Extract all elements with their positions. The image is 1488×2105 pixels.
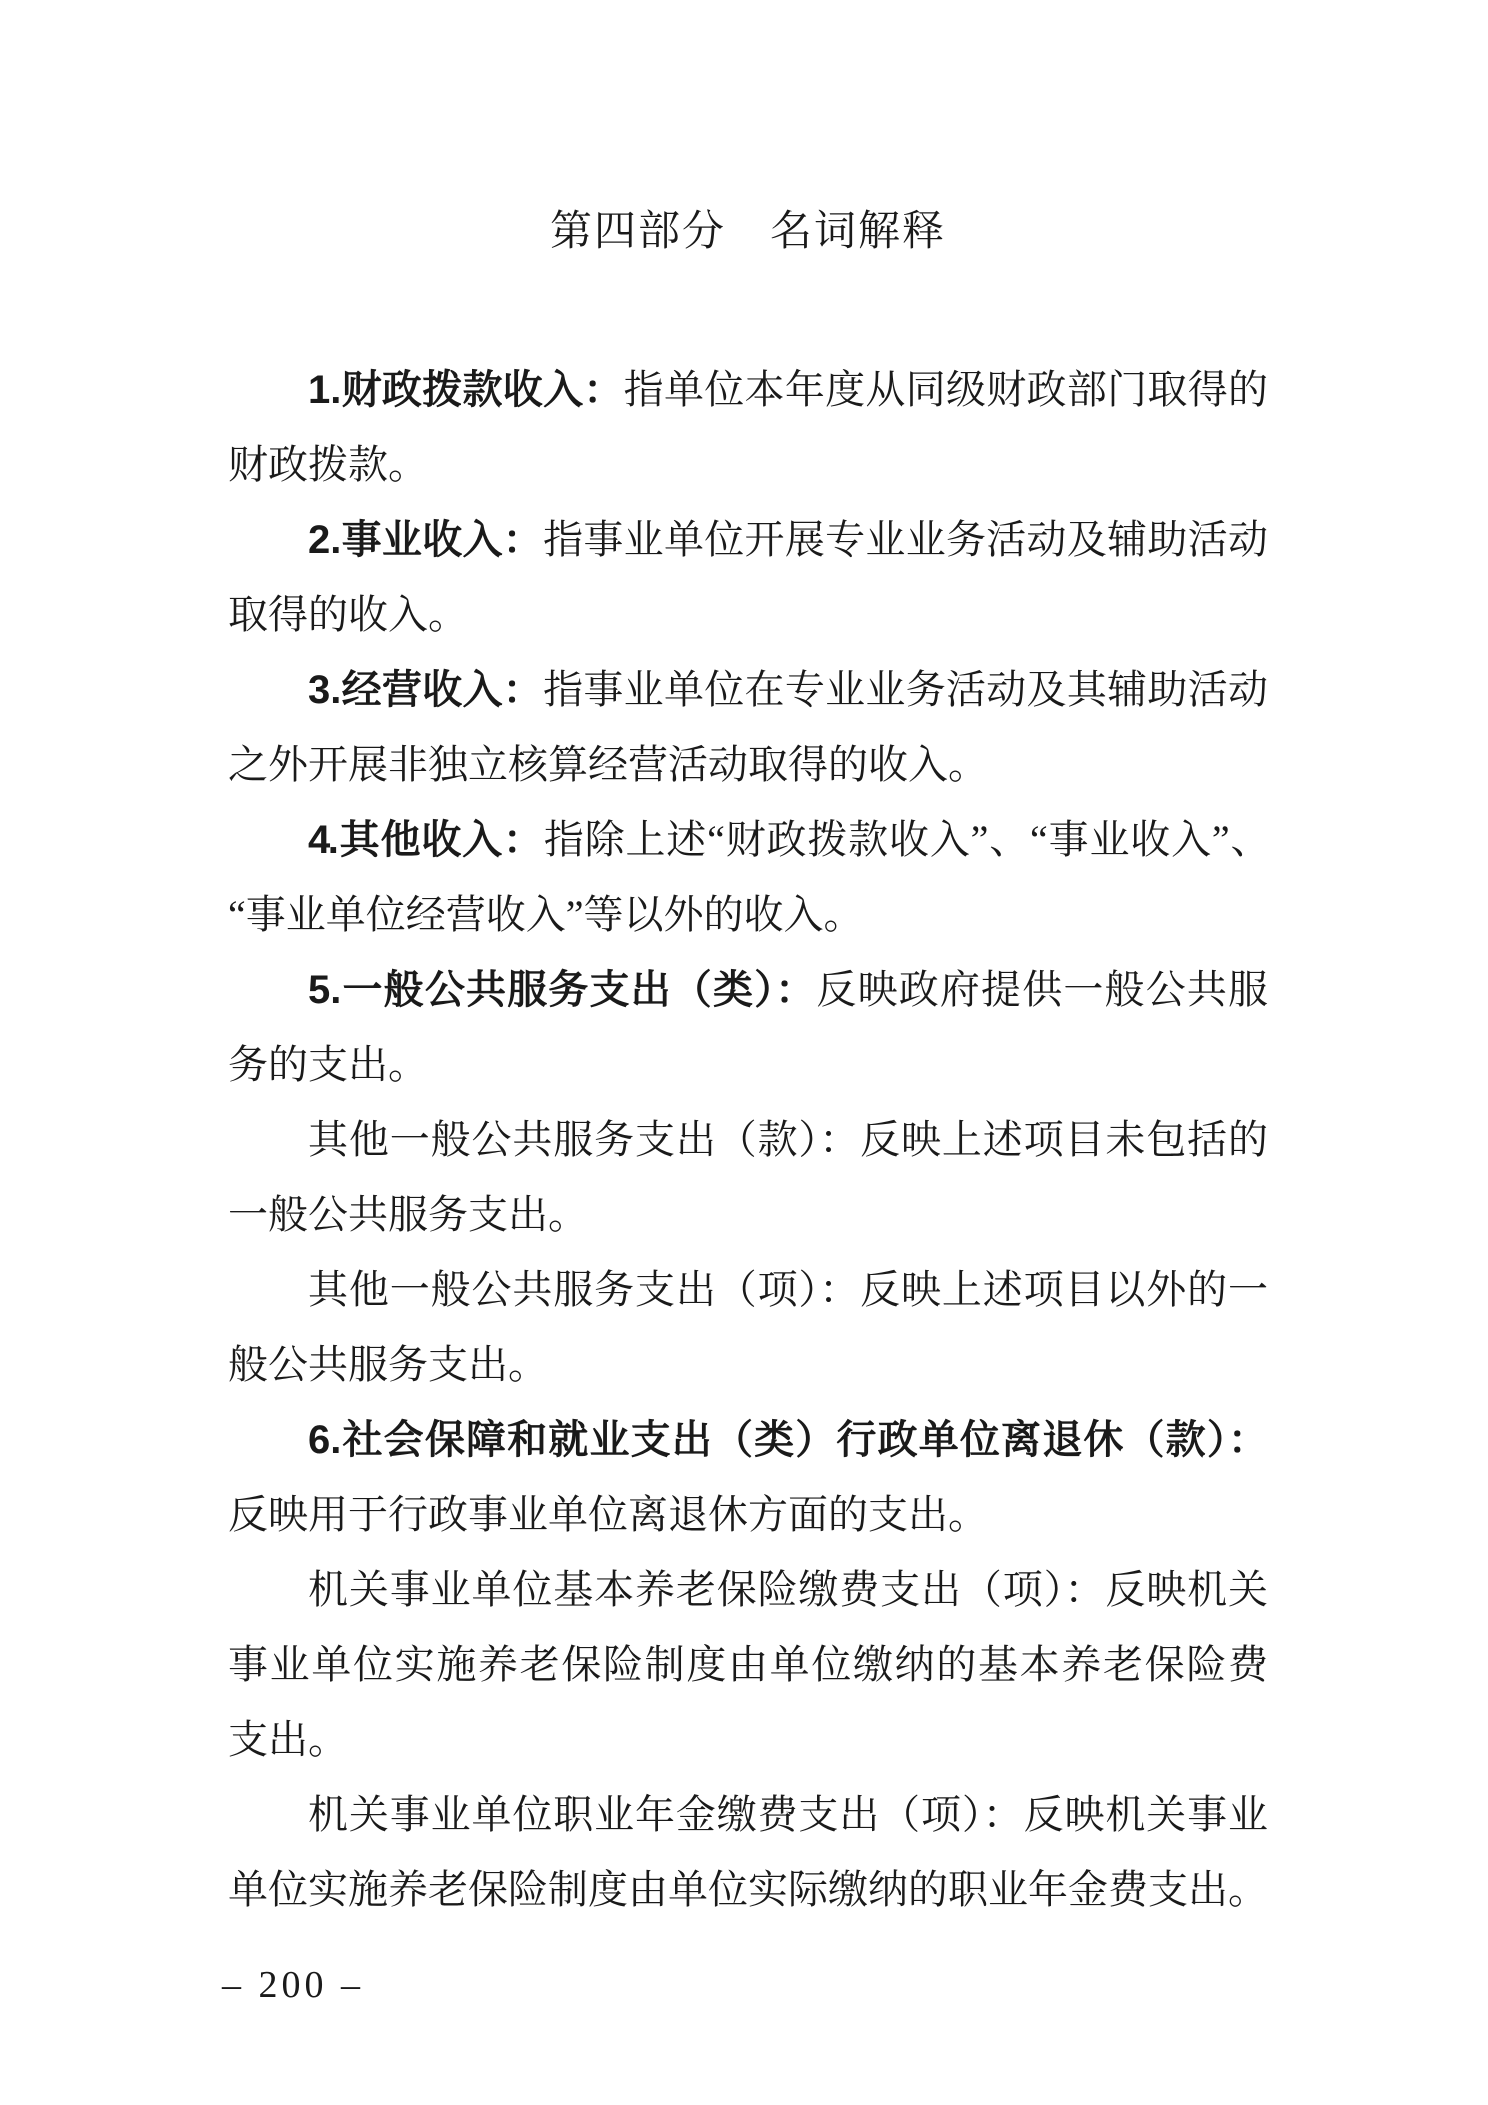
paragraph-line: 3.经营收入：指事业单位在专业业务活动及其辅助活动 [228,652,1268,727]
paragraph-line: 4.其他收入：指除上述“财政拨款收入”、“事业收入”、 [228,802,1268,877]
text-run: 反映政府提供一般公共服 [816,967,1268,1012]
paragraph: 6.社会保障和就业支出（类）行政单位离退休（款）：反映用于行政事业单位离退休方面… [228,1402,1268,1552]
text-run: 取得的收入。 [228,592,468,637]
paragraph: 机关事业单位职业年金缴费支出（项）：反映机关事业单位实施养老保险制度由单位实际缴… [228,1777,1268,1927]
text-run: 反映用于行政事业单位离退休方面的支出。 [228,1492,988,1537]
text-run: 单位实施养老保险制度由单位实际缴纳的职业年金费支出。 [228,1867,1268,1912]
text-run: 事业单位实施养老保险制度由单位缴纳的基本养老保险费 [228,1642,1268,1687]
page-title: 第四部分 名词解释 [228,195,1268,270]
text-run: 其他一般公共服务支出（款）：反映上述项目未包括的 [308,1117,1268,1162]
paragraph-line: 支出。 [228,1702,1268,1777]
text-run: 其他一般公共服务支出（项）：反映上述项目以外的一 [308,1267,1268,1312]
document-body: 1.财政拨款收入：指单位本年度从同级财政部门取得的财政拨款。2.事业收入：指事业… [228,352,1268,1927]
paragraph-line: 反映用于行政事业单位离退休方面的支出。 [228,1477,1268,1552]
paragraph: 1.财政拨款收入：指单位本年度从同级财政部门取得的财政拨款。 [228,352,1268,502]
paragraph-line: 财政拨款。 [228,427,1268,502]
page-number: – 200 – [222,1948,364,2023]
document-content: 第四部分 名词解释 1.财政拨款收入：指单位本年度从同级财政部门取得的财政拨款。… [228,195,1268,1927]
paragraph-line: 机关事业单位基本养老保险缴费支出（项）：反映机关 [228,1552,1268,1627]
paragraph: 3.经营收入：指事业单位在专业业务活动及其辅助活动之外开展非独立核算经营活动取得… [228,652,1268,802]
paragraph-line: 1.财政拨款收入：指单位本年度从同级财政部门取得的 [228,352,1268,427]
term-lead: 6.社会保障和就业支出（类）行政单位离退休（款）： [308,1418,1268,1462]
paragraph: 其他一般公共服务支出（款）：反映上述项目未包括的一般公共服务支出。 [228,1102,1268,1252]
document-page: 第四部分 名词解释 1.财政拨款收入：指单位本年度从同级财政部门取得的财政拨款。… [0,0,1488,2105]
paragraph: 5.一般公共服务支出（类）：反映政府提供一般公共服务的支出。 [228,952,1268,1102]
paragraph: 4.其他收入：指除上述“财政拨款收入”、“事业收入”、“事业单位经营收入”等以外… [228,802,1268,952]
paragraph-line: 般公共服务支出。 [228,1327,1268,1402]
text-run: 财政拨款。 [228,442,428,487]
term-lead: 1.财政拨款收入： [308,368,624,412]
text-run: 般公共服务支出。 [228,1342,548,1387]
paragraph: 2.事业收入：指事业单位开展专业业务活动及辅助活动取得的收入。 [228,502,1268,652]
term-lead: 2.事业收入： [308,518,543,562]
paragraph-line: 事业单位实施养老保险制度由单位缴纳的基本养老保险费 [228,1627,1268,1702]
text-run: 支出。 [228,1717,348,1762]
paragraph: 其他一般公共服务支出（项）：反映上述项目以外的一般公共服务支出。 [228,1252,1268,1402]
text-run: 务的支出。 [228,1042,428,1087]
paragraph: 机关事业单位基本养老保险缴费支出（项）：反映机关事业单位实施养老保险制度由单位缴… [228,1552,1268,1777]
paragraph-line: 2.事业收入：指事业单位开展专业业务活动及辅助活动 [228,502,1268,577]
text-run: 指单位本年度从同级财政部门取得的 [624,367,1268,412]
paragraph-line: 一般公共服务支出。 [228,1177,1268,1252]
paragraph-line: 其他一般公共服务支出（款）：反映上述项目未包括的 [228,1102,1268,1177]
paragraph-line: 其他一般公共服务支出（项）：反映上述项目以外的一 [228,1252,1268,1327]
paragraph-line: 6.社会保障和就业支出（类）行政单位离退休（款）： [228,1402,1268,1477]
text-run: 指事业单位开展专业业务活动及辅助活动 [543,517,1268,562]
paragraph-line: “事业单位经营收入”等以外的收入。 [228,877,1268,952]
paragraph-line: 务的支出。 [228,1027,1268,1102]
text-run: 指除上述“财政拨款收入”、“事业收入”、 [544,817,1268,862]
term-lead: 3.经营收入： [308,668,543,712]
paragraph-line: 之外开展非独立核算经营活动取得的收入。 [228,727,1268,802]
paragraph-line: 机关事业单位职业年金缴费支出（项）：反映机关事业 [228,1777,1268,1852]
text-run: 之外开展非独立核算经营活动取得的收入。 [228,742,988,787]
term-lead: 4.其他收入： [308,818,544,862]
text-run: 机关事业单位基本养老保险缴费支出（项）：反映机关 [308,1567,1268,1612]
paragraph-line: 单位实施养老保险制度由单位实际缴纳的职业年金费支出。 [228,1852,1268,1927]
paragraph-line: 5.一般公共服务支出（类）：反映政府提供一般公共服 [228,952,1268,1027]
term-lead: 5.一般公共服务支出（类）： [308,968,816,1012]
paragraph-line: 取得的收入。 [228,577,1268,652]
text-run: 机关事业单位职业年金缴费支出（项）：反映机关事业 [308,1792,1268,1837]
text-run: 一般公共服务支出。 [228,1192,588,1237]
text-run: 指事业单位在专业业务活动及其辅助活动 [543,667,1268,712]
text-run: “事业单位经营收入”等以外的收入。 [228,892,864,937]
